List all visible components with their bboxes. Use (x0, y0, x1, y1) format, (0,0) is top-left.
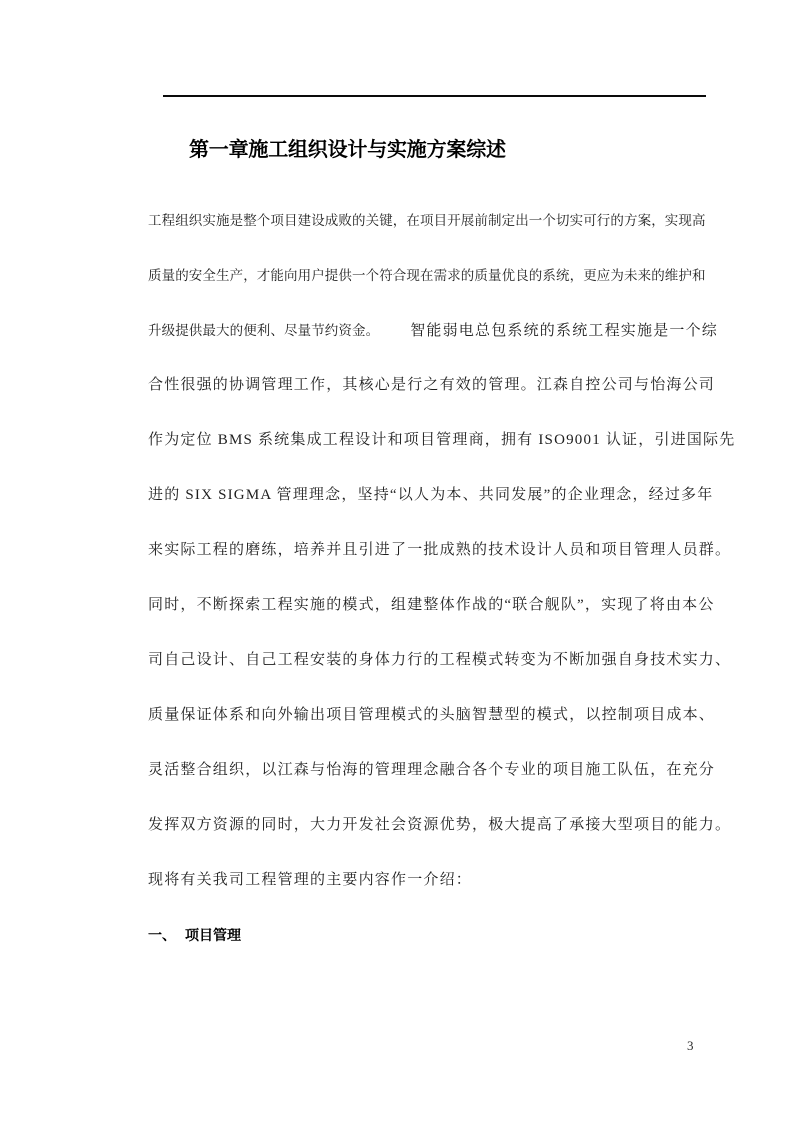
section-number: 一、 (148, 927, 176, 943)
body-text: 工程组织实施是整个项目建设成败的关键，在项目开展前制定出一个切实可行的方案，实现… (148, 193, 748, 963)
section-title: 项目管理 (185, 927, 241, 943)
paragraph-line-8: 同时，不断探索工程实施的模式，组建整体作战的“联合舰队”，实现了将由本公 (148, 578, 748, 633)
paragraph-line-7: 来实际工程的磨练，培养并且引进了一批成熟的技术设计人员和项目管理人员群。 (148, 523, 748, 578)
paragraph-line-2: 质量的安全生产，才能向用户提供一个符合现在需求的质量优良的系统，更应为未来的维护… (148, 248, 748, 303)
paragraph-line-10: 质量保证体系和向外输出项目管理模式的头脑智慧型的模式，以控制项目成本、 (148, 688, 748, 743)
paragraph-line-9: 司自己设计、自己工程安装的身体力行的工程模式转变为不断加强自身技术实力、 (148, 633, 748, 688)
chapter-title: 第一章施工组织设计与实施方案综述 (189, 133, 506, 162)
paragraph-line-6: 进的 SIX SIGMA 管理理念，坚持“以人为本、共同发展”的企业理念，经过多… (148, 468, 748, 523)
paragraph-line-11: 灵活整合组织，以江森与怡海的管理理念融合各个专业的项目施工队伍，在充分 (148, 743, 748, 798)
paragraph-line-12: 发挥双方资源的同时，大力开发社会资源优势，极大提高了承接大型项目的能力。 (148, 798, 748, 853)
paragraph-line-4: 合性很强的协调管理工作，其核心是行之有效的管理。江森自控公司与怡海公司 (148, 358, 748, 413)
document-page: 第一章施工组织设计与实施方案综述 工程组织实施是整个项目建设成败的关键，在项目开… (0, 0, 793, 1122)
paragraph-line-5: 作为定位 BMS 系统集成工程设计和项目管理商，拥有 ISO9001 认证，引进… (148, 413, 748, 468)
paragraph-line-1: 工程组织实施是整个项目建设成败的关键，在项目开展前制定出一个切实可行的方案，实现… (148, 193, 748, 248)
paragraph-line-13: 现将有关我司工程管理的主要内容作一介绍： (148, 853, 748, 908)
page-number: 3 (687, 1036, 694, 1056)
paragraph-1-end-text: 升级提供最大的便利、尽量节约资金。 (148, 323, 379, 338)
paragraph-2-start-text: 智能弱电总包系统的系统工程实施是一个综 (410, 323, 718, 339)
paragraph-line-3: 升级提供最大的便利、尽量节约资金。智能弱电总包系统的系统工程实施是一个综 (148, 303, 748, 358)
header-divider-rule (163, 95, 706, 97)
section-heading: 一、项目管理 (148, 908, 748, 963)
